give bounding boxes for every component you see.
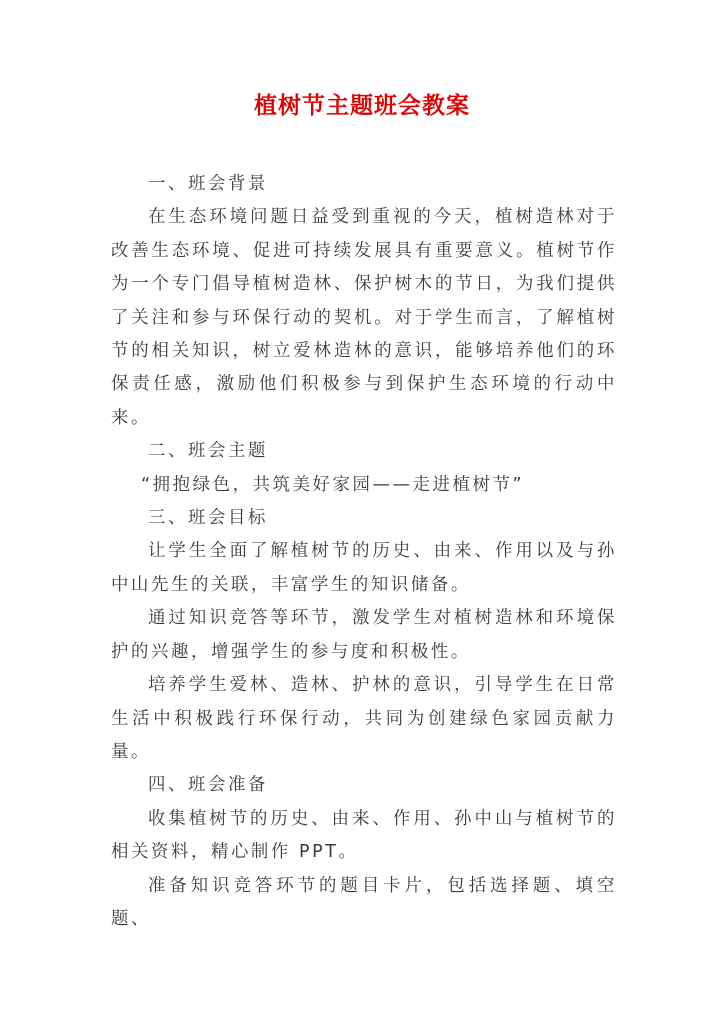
section-heading-goals: 三、班会目标 [111, 502, 617, 535]
section-heading-theme: 二、班会主题 [111, 435, 617, 468]
section-heading-preparation: 四、班会准备 [111, 769, 617, 802]
section-heading-background: 一、班会背景 [111, 168, 617, 201]
preparation-paragraph-1: 收集植树节的历史、由来、作用、孙中山与植树节的相关资料，精心制作 PPT。 [111, 803, 617, 870]
theme-paragraph: “拥抱绿色，共筑美好家园——走进植树节” [111, 469, 617, 502]
background-paragraph: 在生态环境问题日益受到重视的今天，植树造林对于改善生态环境、促进可持续发展具有重… [111, 201, 617, 435]
goal-paragraph-3: 培养学生爱林、造林、护林的意识，引导学生在日常生活中积极践行环保行动，共同为创建… [111, 669, 617, 769]
goal-paragraph-2: 通过知识竞答等环节，激发学生对植树造林和环境保护的兴趣，增强学生的参与度和积极性… [111, 602, 617, 669]
document-body: 一、班会背景 在生态环境问题日益受到重视的今天，植树造林对于改善生态环境、促进可… [111, 168, 617, 936]
goal-paragraph-1: 让学生全面了解植树节的历史、由来、作用以及与孙中山先生的关联，丰富学生的知识储备… [111, 535, 617, 602]
document-page: 植树节主题班会教案 一、班会背景 在生态环境问题日益受到重视的今天，植树造林对于… [0, 0, 724, 1024]
document-title: 植树节主题班会教案 [0, 90, 724, 122]
preparation-paragraph-2: 准备知识竞答环节的题目卡片，包括选择题、填空题、 [111, 870, 617, 937]
